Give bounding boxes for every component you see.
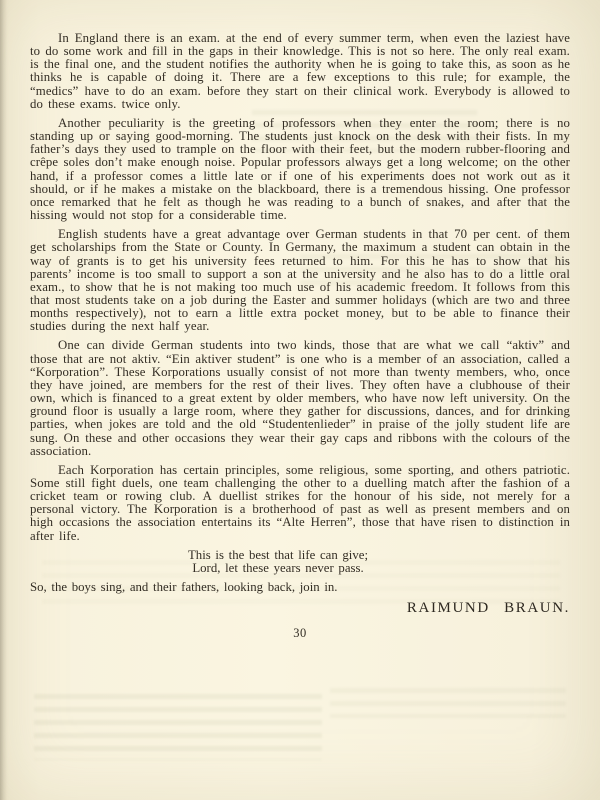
verse-line: Lord, let these years never pass. <box>30 562 526 575</box>
verse-line: This is the best that life can give; <box>30 549 526 562</box>
paragraph-korporation-principles: Each Korporation has certain principles,… <box>30 464 570 543</box>
bleedthrough-artifact <box>330 688 566 718</box>
text-block: In England there is an exam. at the end … <box>30 32 570 641</box>
paragraph-scholarships: English students have a great advantage … <box>30 228 570 333</box>
paragraph-aktiv-korporation: One can divide German students into two … <box>30 339 570 457</box>
paragraph-england-exams: In England there is an exam. at the end … <box>30 32 570 111</box>
verse-quote: This is the best that life can give; Lor… <box>30 549 570 576</box>
scanned-book-page: In England there is an exam. at the end … <box>0 0 600 800</box>
bleedthrough-artifact <box>34 694 322 760</box>
closing-line: So, the boys sing, and their fathers, lo… <box>30 580 570 594</box>
author-byline: RAIMUND BRAUN. <box>30 600 570 617</box>
page-edge-shadow <box>0 0 7 800</box>
page-number: 30 <box>30 626 570 641</box>
paragraph-professor-greeting: Another peculiarity is the greeting of p… <box>30 117 570 222</box>
